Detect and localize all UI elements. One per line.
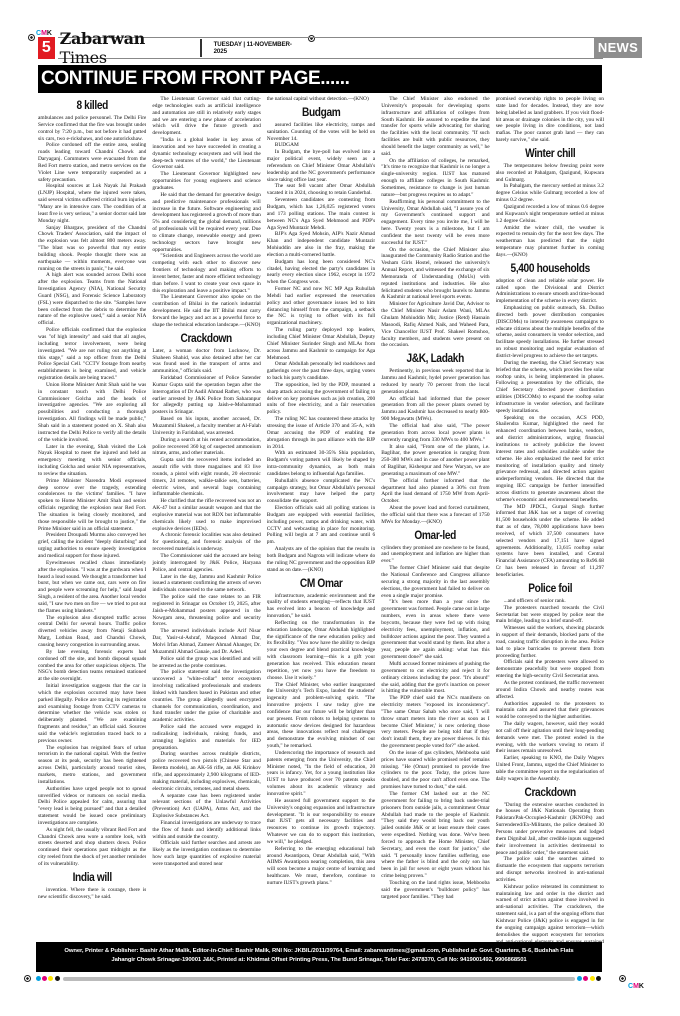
article-paragraph: During the meeting, the Chief Secretary … <box>496 360 604 415</box>
color-calibration-bar <box>36 975 602 982</box>
article-paragraph: "It's been more than a year since the go… <box>381 599 489 661</box>
headline-8-killed: 8 killed <box>45 100 140 112</box>
article-paragraph: Union Home Minister Amit Shah said he wa… <box>38 382 146 444</box>
column-3: the national capital without detection.—… <box>267 96 375 946</box>
article-paragraph: The opposition, led by the PDP, mounted … <box>267 382 375 416</box>
article-paragraph: During a search at his rented accommodat… <box>152 437 260 458</box>
article-paragraph: Earlier, speaking to KNO, the Daily Wage… <box>496 755 604 782</box>
article-paragraph: During searches across multiple district… <box>152 751 260 792</box>
article-paragraph: Omar Abdullah personally led roadshows a… <box>267 361 375 382</box>
article-paragraph: The Chief Minister also endorsed the Uni… <box>381 96 489 158</box>
article-paragraph: Officials said the protesters were allow… <box>496 659 604 680</box>
article-paragraph: The Lieutenant Governor highlighted new … <box>152 171 260 192</box>
article-paragraph: Police cordoned off the entire area, sea… <box>38 142 146 183</box>
registration-mark-icon <box>28 34 35 41</box>
article-paragraph: The daily wagers, however, said they wou… <box>496 721 604 755</box>
article-paragraph: Eyewitnesses recalled chaos immediately … <box>38 560 146 615</box>
article-paragraph: "Scientists and Engineers across the wor… <box>152 253 260 294</box>
column-5: promised ownership rights to people livi… <box>496 96 604 946</box>
article-paragraph: Underscoring the importance of research … <box>267 750 375 798</box>
article-paragraph: "During the extensive searches conducted… <box>496 802 604 857</box>
gray-calibration-strip <box>63 977 576 981</box>
article-paragraph: Reaffirming his personal commitment to t… <box>381 199 489 247</box>
article-paragraph: In Pahalgam, the mercury settled at minu… <box>496 183 604 204</box>
article-paragraph: The explosion also disrupted traffic acr… <box>38 615 146 649</box>
article-paragraph: The Lieutenant Governor said that cuttin… <box>152 96 260 137</box>
article-paragraph: He clarified that the rifle recovered wa… <box>152 498 260 532</box>
article-paragraph: A high alert was sounded across Delhi so… <box>38 272 146 327</box>
article-paragraph: "India is a global leader in key areas o… <box>152 137 260 171</box>
article-paragraph: ...and officers of senior rank. <box>496 598 604 605</box>
article-paragraph: On the occasion, the Chief Minister also… <box>381 247 489 302</box>
article-paragraph: The Lieutenant Governor also spoke on th… <box>152 294 260 328</box>
masthead-divider <box>200 39 201 57</box>
article-paragraph: Former NC and now NC MP Aga Ruhullah Meh… <box>267 286 375 327</box>
column-2: The Lieutenant Governor said that cuttin… <box>152 96 260 946</box>
article-paragraph: Faridabad Commissioner of Police Satende… <box>152 375 260 416</box>
article-paragraph: Authorities have urged people not to spr… <box>38 786 146 827</box>
article-paragraph: By late evening, forensic experts had co… <box>38 649 146 683</box>
page-number: 5 <box>38 37 55 59</box>
article-paragraph: The former Chief Minister said that desp… <box>381 565 489 599</box>
magenta-swatch-icon <box>42 976 47 981</box>
article-paragraph: The explosion has reignited fears of urb… <box>38 745 146 786</box>
headline-jk-ladakh: J&K, Ladakh <box>388 353 483 365</box>
article-paragraph: Kishtwar police reiterated its commitmen… <box>496 884 604 946</box>
article-paragraph: ambulances and police personnel. The Del… <box>38 115 146 142</box>
article-paragraph: Police officials confirmed that the expl… <box>38 327 146 382</box>
headline-cm-omar: CM Omar <box>273 578 368 590</box>
masthead: 5 Zabarwan Times TUESDAY | 11-NOVEMBER-2… <box>38 37 303 59</box>
article-paragraph: Minister for Agriculture Javid Dar, Advi… <box>381 301 489 349</box>
article-paragraph: Election officials said all polling stat… <box>267 505 375 546</box>
article-paragraph: The police said the searches aimed to di… <box>496 856 604 883</box>
article-paragraph: In Budgam, the bye-poll has evolved into… <box>267 149 375 183</box>
paper-name-bold: Zabarwan <box>60 29 145 48</box>
article-paragraph: As night fell, the usually vibrant Red F… <box>38 827 146 868</box>
dateline: BUDGAM <box>267 142 375 149</box>
article-paragraph: The police said the case relates to an F… <box>152 594 260 628</box>
article-paragraph: He said that the demand for generative d… <box>152 192 260 254</box>
article-paragraph: infrastructure, academic environment and… <box>267 593 375 620</box>
article-paragraph: As the protest continued, the traffic mo… <box>496 680 604 701</box>
article-paragraph: With an estimated 30-35% Shia population… <box>267 450 375 477</box>
article-paragraph: Police said the accused were engaged in … <box>152 724 260 751</box>
imprint-footer: Owner, Printer & Publisher: Bashir Athar… <box>36 942 602 972</box>
cyan-swatch-icon <box>36 976 41 981</box>
article-paragraph: Sanjay Bhargaw, president of the Chandni… <box>38 225 146 273</box>
article-paragraph: The official had also said, "The power g… <box>381 423 489 444</box>
article-paragraph: On the issue of gas cylinders, Mehbooba … <box>381 750 489 791</box>
article-paragraph: Later in the evening, Shah visited the L… <box>38 444 146 478</box>
article-paragraph: Qazigund recorded a low of minus 0.6 deg… <box>496 204 604 225</box>
headline-crackdown: Crackdown <box>159 333 254 345</box>
article-paragraph: Officials said further searches and arre… <box>152 840 260 867</box>
article-paragraph: The ruling NC has countered these attack… <box>267 416 375 450</box>
headline-crackdown-2: Crackdown <box>502 787 597 799</box>
article-paragraph: The former CM lashed out at the NC gover… <box>381 791 489 880</box>
article-paragraph: Budgam has long been considered NC's cit… <box>267 259 375 286</box>
article-paragraph: The seat fell vacant after Omar Abdullah… <box>267 183 375 197</box>
article-paragraph: Hospital sources at Lok Nayak Jai Prakas… <box>38 183 146 224</box>
headline-5400-households: 5,400 households <box>502 263 597 275</box>
article-paragraph: promised ownership rights to people livi… <box>496 96 604 144</box>
article-paragraph: On the affiliation of colleges, he remar… <box>381 158 489 199</box>
cmyk-mark-bottom: CMK <box>628 983 644 990</box>
article-columns: 8 killed ambulances and police personnel… <box>38 96 604 946</box>
yellow-swatch-icon <box>48 976 53 981</box>
article-paragraph: He assured full government support to th… <box>267 798 375 846</box>
registration-mark-icon <box>24 975 31 982</box>
article-paragraph: adoption of clean and reliable solar pow… <box>496 278 604 305</box>
yellow-swatch-icon <box>590 976 595 981</box>
article-paragraph: Emphasizing on public outreach, Sh. Dull… <box>496 305 604 360</box>
headline-omar-led: Omar-led <box>388 530 483 542</box>
article-paragraph: Prime Minister Narendra Modi expressed d… <box>38 478 146 533</box>
article-paragraph: The temperatures below freezing point we… <box>496 163 604 184</box>
section-tag-news: NEWS <box>594 37 642 58</box>
article-paragraph: cylinders they promised are nowhere to b… <box>381 545 489 566</box>
article-paragraph: The police statement said the investigat… <box>152 669 260 724</box>
article-paragraph: Pertinently, in previous week reported t… <box>381 368 489 395</box>
article-paragraph: Police said the group was identified and… <box>152 656 260 670</box>
article-paragraph: The ruling party deployed top leaders, i… <box>267 327 375 361</box>
issue-date: TUESDAY | 11-NOVEMBER-2025 <box>214 41 303 55</box>
headline-india-will: India will <box>45 872 140 884</box>
paper-name: Zabarwan Times <box>60 29 195 67</box>
article-paragraph: Gupta said the recovered items included … <box>152 457 260 498</box>
article-paragraph: Authorities appealed to the protesters t… <box>496 701 604 722</box>
article-paragraph: The arrested individuals include Arif Ni… <box>152 628 260 655</box>
article-paragraph: Referring to the emerging educational hu… <box>267 846 375 887</box>
article-paragraph: Amidst the winter chill, the weather is … <box>496 225 604 259</box>
article-paragraph: The PDP chief said the NC's manifesto on… <box>381 695 489 750</box>
article-paragraph: the national capital without detection.—… <box>267 96 375 103</box>
headline-winter-chill: Winter chill <box>502 148 597 160</box>
article-paragraph: The Commissioner said the accused are be… <box>152 553 260 574</box>
article-paragraph: An official had informed that the power … <box>381 396 489 423</box>
headline-budgam: Budgam <box>273 107 368 119</box>
article-paragraph: The MD JPDCL, Gurpal Singh further infor… <box>496 504 604 579</box>
article-paragraph: A separate case has been registered unde… <box>152 793 260 820</box>
article-paragraph: It also said, "From one of the plants, i… <box>381 444 489 478</box>
article-paragraph: Touching on the land rights issue, Mehbo… <box>381 880 489 901</box>
article-paragraph: A chronic forensic localities was also d… <box>152 532 260 553</box>
cmyk-mark-top: CMK <box>36 30 52 37</box>
article-paragraph: Reflecting on the transformation in the … <box>267 620 375 682</box>
article-paragraph: BJP's Aga Syed Mohsin, AIP's Nazir Ahmad… <box>267 231 375 258</box>
article-paragraph: About the power load and forced curtailm… <box>381 505 489 526</box>
article-paragraph: Ruhullah's absence complicated the NC's … <box>267 478 375 505</box>
article-paragraph: Based on his inputs, another accused, Dr… <box>152 416 260 437</box>
article-paragraph: Witnesses said the workers, showing plac… <box>496 625 604 659</box>
article-paragraph: invention. Where there is courage, there… <box>38 887 146 901</box>
article-paragraph: The Chief Minister, who earlier inaugura… <box>267 682 375 750</box>
article-paragraph: Later in the day, Jammu and Kashmir Poli… <box>152 574 260 595</box>
article-paragraph: Initial investigation suggests that the … <box>38 683 146 745</box>
article-paragraph: Seventeen candidates are contesting from… <box>267 197 375 231</box>
page-banner: CONTINUE FROM FRONT PAGE...... <box>38 65 602 93</box>
article-paragraph: The protesters marched towards the Civil… <box>496 605 604 626</box>
imprint-line-1: Owner, Printer & Publisher: Bashir Athar… <box>36 947 602 956</box>
column-4: The Chief Minister also endorsed the Uni… <box>381 96 489 946</box>
black-swatch-icon <box>596 976 601 981</box>
black-swatch-icon <box>55 976 60 981</box>
headline-police-foil: Police foil <box>502 583 597 595</box>
magenta-swatch-icon <box>583 976 588 981</box>
registration-mark-icon <box>619 975 626 982</box>
article-paragraph: Later, a woman doctor from Lucknow, Dr. … <box>152 348 260 375</box>
article-paragraph: Mufti accused former ministers of pushin… <box>381 661 489 695</box>
article-paragraph: Financial investigations are underway to… <box>152 820 260 841</box>
article-paragraph: Speaking on the occasion, ACS PDD, Shail… <box>496 415 604 504</box>
cyan-swatch-icon <box>577 976 582 981</box>
article-paragraph: Analysts are of the opinion that the res… <box>267 546 375 573</box>
column-1: 8 killed ambulances and police personnel… <box>38 96 146 946</box>
imprint-line-2: Jahangir Chowk Srinagar-190001 J&K, Prin… <box>36 956 602 965</box>
article-paragraph: The official further informed that the d… <box>381 478 489 505</box>
article-paragraph: assured facilities like electricity, ram… <box>267 122 375 143</box>
article-paragraph: President Droupadi Murmu also conveyed h… <box>38 532 146 559</box>
